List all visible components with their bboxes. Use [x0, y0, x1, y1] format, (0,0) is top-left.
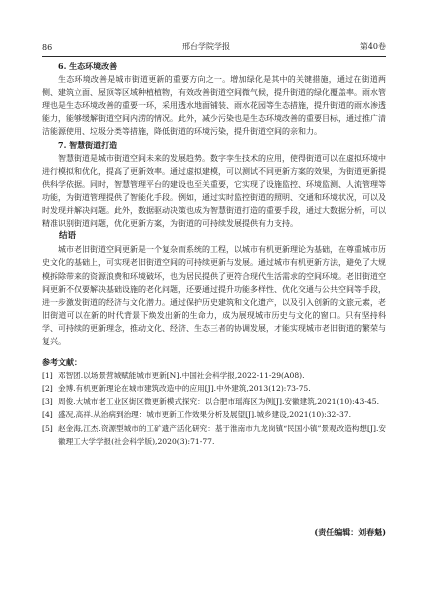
- editor-note: (责任编辑：刘春魁): [42, 527, 386, 538]
- reference-text: 赵金海,江杰.资源型城市的工矿遗产活化研究：基于淮南市九龙岗镇“民国小镇”景观改…: [58, 422, 386, 448]
- paragraph: 生态环境改善是城市街道更新的重要方向之一。增加绿化是其中的关键措施，通过在街道两…: [42, 73, 386, 138]
- reference-text: 金博.有机更新理论在城市建筑改造中的应用[J].中外建筑,2013(12):73…: [58, 382, 386, 395]
- reference-item: [1] 邓智团.以场景营城赋能城市更新[N].中国社会科学报,2022-11-2…: [42, 369, 386, 382]
- reference-number: [4]: [42, 408, 58, 421]
- page-header: 86 邢台学院学报 第40卷: [42, 41, 386, 57]
- reference-number: [3]: [42, 395, 58, 408]
- page-number: 86: [42, 43, 52, 52]
- section-smart-street: 7. 智慧街道打造 智慧街道是城市街道空间未来的发展趋势。数字孪生技术的应用，使…: [42, 139, 386, 231]
- journal-title: 邢台学院学报: [182, 41, 230, 52]
- journal-page: 86 邢台学院学报 第40卷 6. 生态环境改善 生态环境改善是城市街道更新的重…: [0, 0, 427, 603]
- paragraph: 城市老旧街道空间更新是一个复杂而系统的工程，以城市有机更新理论为基础，在尊重城市…: [42, 243, 386, 348]
- reference-text: 周俊.大城市老工业区街区微更新模式探究：以合肥市瑶海区为例[J].安徽建筑,20…: [58, 395, 386, 408]
- section-heading: 7. 智慧街道打造: [42, 139, 386, 152]
- reference-item: [2] 金博.有机更新理论在城市建筑改造中的应用[J].中外建筑,2013(12…: [42, 382, 386, 395]
- reference-text: 盛况,高祥.从治病到治理：城市更新工作效果分析及展望[J].城乡建设,2021(…: [58, 408, 386, 421]
- conclusion-heading: 结语: [42, 230, 386, 243]
- reference-number: [1]: [42, 369, 58, 382]
- references-section: 参考文献： [1] 邓智团.以场景营城赋能城市更新[N].中国社会科学报,202…: [42, 356, 386, 448]
- paragraph: 智慧街道是城市街道空间未来的发展趋势。数字孪生技术的应用，使得街道可以在虚拟环境…: [42, 152, 386, 231]
- reference-item: [5] 赵金海,江杰.资源型城市的工矿遗产活化研究：基于淮南市九龙岗镇“民国小镇…: [42, 422, 386, 448]
- section-heading: 6. 生态环境改善: [42, 60, 386, 73]
- reference-text: 邓智团.以场景营城赋能城市更新[N].中国社会科学报,2022-11-29(A0…: [58, 369, 386, 382]
- reference-number: [2]: [42, 382, 58, 395]
- volume-label: 第40卷: [360, 41, 386, 52]
- section-eco-improvement: 6. 生态环境改善 生态环境改善是城市街道更新的重要方向之一。增加绿化是其中的关…: [42, 60, 386, 139]
- article-body: 6. 生态环境改善 生态环境改善是城市街道更新的重要方向之一。增加绿化是其中的关…: [42, 60, 386, 448]
- reference-item: [4] 盛况,高祥.从治病到治理：城市更新工作效果分析及展望[J].城乡建设,2…: [42, 408, 386, 421]
- reference-item: [3] 周俊.大城市老工业区街区微更新模式探究：以合肥市瑶海区为例[J].安徽建…: [42, 395, 386, 408]
- section-conclusion: 结语 城市老旧街道空间更新是一个复杂而系统的工程，以城市有机更新理论为基础，在尊…: [42, 230, 386, 348]
- references-heading: 参考文献：: [42, 356, 386, 369]
- references-list: [1] 邓智团.以场景营城赋能城市更新[N].中国社会科学报,2022-11-2…: [42, 369, 386, 448]
- reference-number: [5]: [42, 422, 58, 448]
